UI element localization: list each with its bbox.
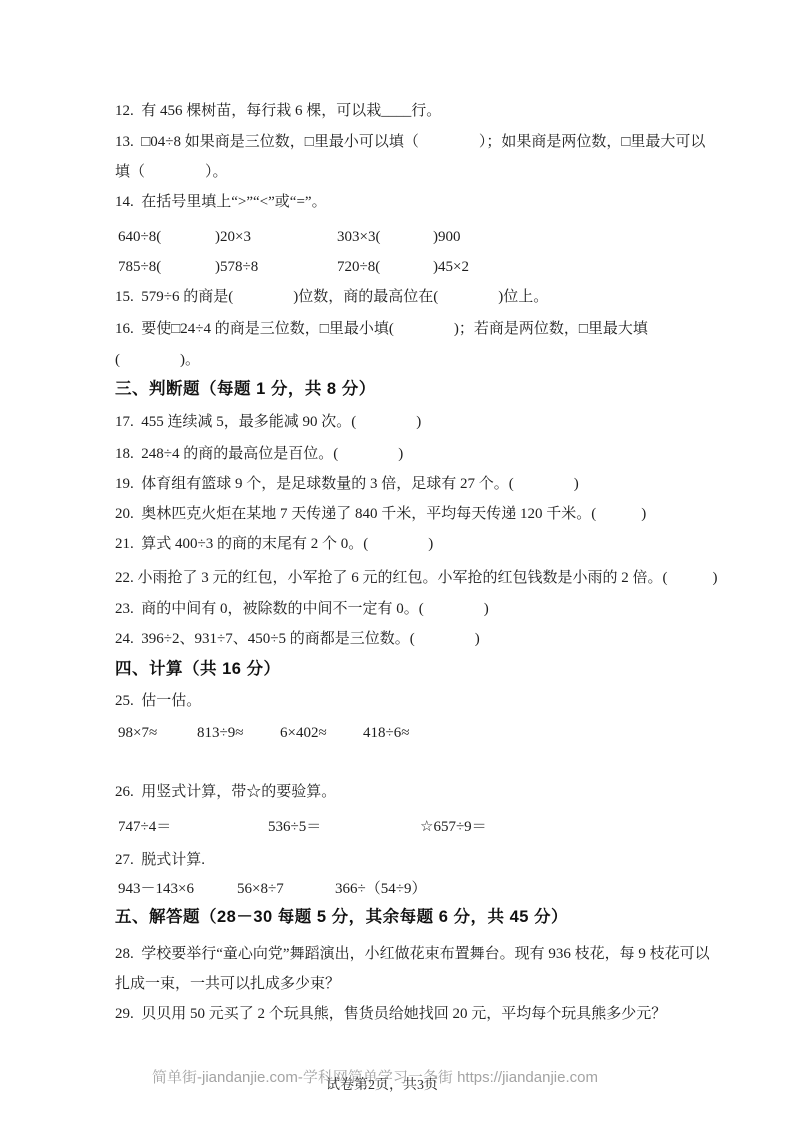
expr-578-div-8: )578÷8 <box>215 256 258 278</box>
expr-303-times-3: 303×3( <box>337 226 380 248</box>
question-21: 21. 算式 400÷3 的商的末尾有 2 个 0。( ) <box>115 533 433 555</box>
question-22: 22. 小雨抢了 3 元的红包，小军抢了 6 元的红包。小军抢的红包钱数是小雨的… <box>115 567 718 589</box>
expr-813-div-9: 813÷9≈ <box>197 722 243 744</box>
question-12: 12. 有 456 棵树苗，每行栽 6 棵，可以栽____行。 <box>115 100 441 122</box>
question-23: 23. 商的中间有 0，被除数的中间不一定有 0。( ) <box>115 598 489 620</box>
exam-page: 12. 有 456 棵树苗，每行栽 6 棵，可以栽____行。 13. □04÷… <box>0 0 793 1122</box>
question-13-line-2: 填（ ）。 <box>115 161 228 183</box>
question-19: 19. 体育组有篮球 9 个，是足球数量的 3 倍，足球有 27 个。( ) <box>115 473 579 495</box>
question-16-line-2: ( )。 <box>115 349 200 371</box>
question-16-line-1: 16. 要使□24÷4 的商是三位数，□里最小填( )；若商是两位数，□里最大填 <box>115 318 648 340</box>
q26-expression-row: 747÷4＝ 536÷5＝ ☆657÷9＝ <box>115 816 735 838</box>
expr-900: )900 <box>433 226 461 248</box>
question-13-line-1: 13. □04÷8 如果商是三位数，□里最小可以填（ ）；如果商是两位数，□里最… <box>115 131 705 153</box>
question-26: 26. 用竖式计算，带☆的要验算。 <box>115 781 336 803</box>
question-28-line-2: 扎成一束，一共可以扎成多少束？ <box>115 973 340 995</box>
question-29: 29. 贝贝用 50 元买了 2 个玩具熊，售货员给她找回 20 元，平均每个玩… <box>115 1003 666 1025</box>
section-header-calc: 四、计算（共 16 分） <box>115 658 281 680</box>
expr-720-div-8: 720÷8( <box>337 256 380 278</box>
expr-747-div-4: 747÷4＝ <box>118 816 171 838</box>
expr-640-div-8: 640÷8( <box>118 226 161 248</box>
expr-98-times-7: 98×7≈ <box>118 722 157 744</box>
question-14: 14. 在括号里填上“>”“<”或“=”。 <box>115 191 327 213</box>
q25-expression-row: 98×7≈ 813÷9≈ 6×402≈ 418÷6≈ <box>115 722 735 744</box>
expr-943-minus-143-times-6: 943－143×6 <box>118 878 194 900</box>
expr-45-times-2: )45×2 <box>433 256 469 278</box>
expr-536-div-5: 536÷5＝ <box>268 816 321 838</box>
page-number-text: 试卷第2页，共3页 <box>326 1074 438 1094</box>
section-header-judge: 三、判断题（每题 1 分，共 8 分） <box>115 378 376 400</box>
expr-785-div-8: 785÷8( <box>118 256 161 278</box>
q14-expression-row-1: 640÷8( )20×3 303×3( )900 <box>115 226 735 248</box>
question-18: 18. 248÷4 的商的最高位是百位。( ) <box>115 443 403 465</box>
question-24: 24. 396÷2、931÷7、450÷5 的商都是三位数。( ) <box>115 628 480 650</box>
q27-expression-row: 943－143×6 56×8÷7 366÷（54÷9） <box>115 878 735 900</box>
question-25: 25. 估一估。 <box>115 690 201 712</box>
question-20: 20. 奥林匹克火炬在某地 7 天传递了 840 千米，平均每天传递 120 千… <box>115 503 646 525</box>
question-17: 17. 455 连续减 5，最多能减 90 次。( ) <box>115 411 421 433</box>
expr-star-657-div-9: ☆657÷9＝ <box>420 816 487 838</box>
expr-366-div-paren: 366÷（54÷9） <box>335 878 426 900</box>
expr-56-times-8-div-7: 56×8÷7 <box>237 878 284 900</box>
expr-418-div-6: 418÷6≈ <box>363 722 409 744</box>
expr-20-times-3: )20×3 <box>215 226 251 248</box>
expr-6-times-402: 6×402≈ <box>280 722 327 744</box>
section-header-solve: 五、解答题（28－30 每题 5 分，其余每题 6 分，共 45 分） <box>115 906 568 928</box>
question-15: 15. 579÷6 的商是( )位数，商的最高位在( )位上。 <box>115 286 548 308</box>
q14-expression-row-2: 785÷8( )578÷8 720÷8( )45×2 <box>115 256 735 278</box>
question-27: 27. 脱式计算. <box>115 849 205 871</box>
question-28-line-1: 28. 学校要举行“童心向党”舞蹈演出，小红做花束布置舞台。现有 936 枝花，… <box>115 943 710 965</box>
